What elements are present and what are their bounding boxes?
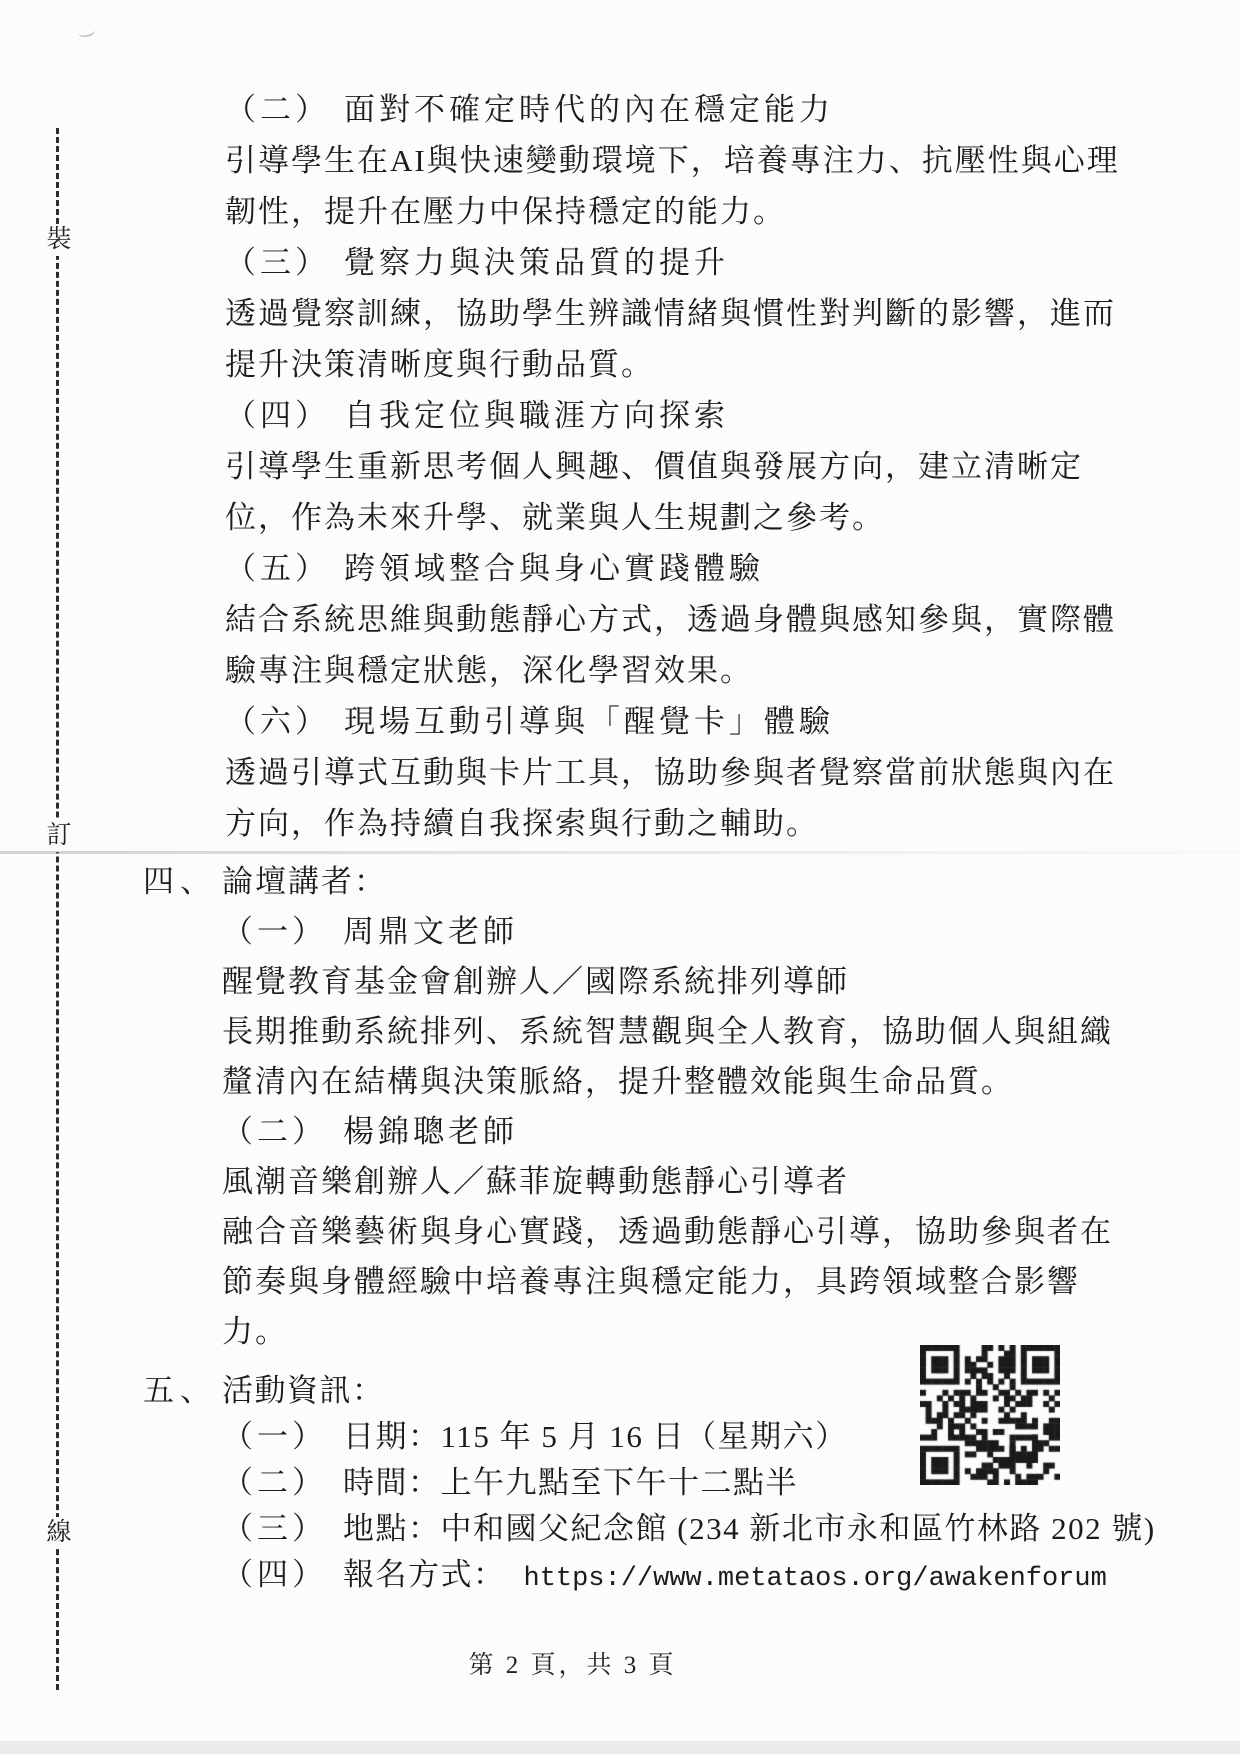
event-item-location: （三）地點：中和國父紀念館 (234 新北市永和區竹林路 202 號) [0, 1506, 1240, 1552]
speaker-bio: 融合音樂藝術與身心實踐，透過動態靜心引導，協助參與者在 節奏與身體經驗中培養專注… [0, 1207, 1240, 1357]
item-marker: （六） [225, 704, 330, 739]
item-marker: （二） [222, 1114, 327, 1149]
section-title: 論壇講者： [222, 864, 387, 899]
outline-item-body: 引導學生在AI與快速變動環境下，培養專注力、抗壓性與心理 韌性，提升在壓力中保持… [0, 135, 1240, 237]
speaker-role: 醒覺教育基金會創辦人／國際系統排列導師 [0, 957, 1240, 1007]
speaker-name-row: （二）楊錦聰老師 [0, 1107, 1240, 1157]
pencil-smudge [77, 24, 96, 38]
speaker-name-row: （一）周鼎文老師 [0, 907, 1240, 957]
outline-item-body: 引導學生重新思考個人興趣、價值與發展方向，建立清晰定 位，作為未來升學、就業與人… [0, 441, 1240, 543]
item-marker: （二） [225, 92, 330, 127]
outline-item-heading: （五）跨領域整合與身心實踐體驗 [0, 543, 1240, 594]
item-title: 跨領域整合與身心實踐體驗 [344, 551, 764, 586]
outline-item-heading: （二）面對不確定時代的內在穩定能力 [0, 84, 1240, 135]
item-marker: （三） [222, 1511, 327, 1546]
outline-section: （二）面對不確定時代的內在穩定能力 引導學生在AI與快速變動環境下，培養專注力、… [0, 84, 1240, 849]
item-title: 覺察力與決策品質的提升 [344, 245, 729, 280]
speaker-role: 風潮音樂創辦人／蘇菲旋轉動態靜心引導者 [0, 1157, 1240, 1207]
outline-item-heading: （三）覺察力與決策品質的提升 [0, 237, 1240, 288]
outline-item-heading: （六）現場互動引導與「醒覺卡」體驗 [0, 696, 1240, 747]
event-item-text: 地點：中和國父紀念館 (234 新北市永和區竹林路 202 號) [343, 1511, 1156, 1546]
item-marker: （三） [225, 245, 330, 280]
outline-item-body: 結合系統思維與動態靜心方式，透過身體與感知參與，實際體 驗專注與穩定狀態，深化學… [0, 594, 1240, 696]
speaker-bio: 長期推動系統排列、系統智慧觀與全人教育，協助個人與組織 釐清內在結構與決策脈絡，… [0, 1007, 1240, 1107]
item-marker: （二） [222, 1465, 327, 1500]
scan-edge-shadow [0, 1741, 1240, 1754]
event-item-text: 報名方式： [343, 1557, 506, 1592]
item-title: 現場互動引導與「醒覺卡」體驗 [344, 704, 834, 739]
outline-item-heading: （四）自我定位與職涯方向探索 [0, 390, 1240, 441]
outline-item-body: 透過引導式互動與卡片工具，協助參與者覺察當前狀態與內在 方向，作為持續自我探索與… [0, 747, 1240, 849]
item-marker: （四） [222, 1557, 327, 1592]
page-footer: 第 2 頁，共 3 頁 [0, 1645, 1145, 1681]
item-marker: （一） [222, 914, 327, 949]
speaker-name: 周鼎文老師 [343, 914, 518, 949]
scanned-document-page: 裝 訂 線 （二）面對不確定時代的內在穩定能力 引導學生在AI與快速變動環境下，… [0, 0, 1240, 1754]
section-title: 活動資訊： [222, 1373, 385, 1408]
section-heading: 四、 論壇講者： [0, 857, 1240, 907]
section-number: 四、 [143, 857, 217, 907]
speakers-section: 四、 論壇講者： （一）周鼎文老師 醒覺教育基金會創辦人／國際系統排列導師 長期… [0, 857, 1240, 1357]
item-title: 面對不確定時代的內在穩定能力 [344, 92, 834, 127]
event-item-text: 日期：115 年 5 月 16 日（星期六） [343, 1419, 848, 1454]
registration-url: https://www.metataos.org/awakenforum [524, 1564, 1107, 1594]
item-marker: （一） [222, 1419, 327, 1454]
section-number: 五、 [143, 1368, 217, 1414]
item-marker: （五） [225, 551, 330, 586]
event-item-registration: （四）報名方式：https://www.metataos.org/awakenf… [0, 1552, 1240, 1602]
item-marker: （四） [225, 398, 330, 433]
item-title: 自我定位與職涯方向探索 [344, 398, 729, 433]
qr-code [920, 1345, 1060, 1485]
outline-item-body: 透過覺察訓練，協助學生辨識情緒與慣性對判斷的影響，進而 提升決策清晰度與行動品質… [0, 288, 1240, 390]
speaker-name: 楊錦聰老師 [343, 1114, 518, 1149]
event-item-text: 時間：上午九點至下午十二點半 [343, 1465, 798, 1500]
